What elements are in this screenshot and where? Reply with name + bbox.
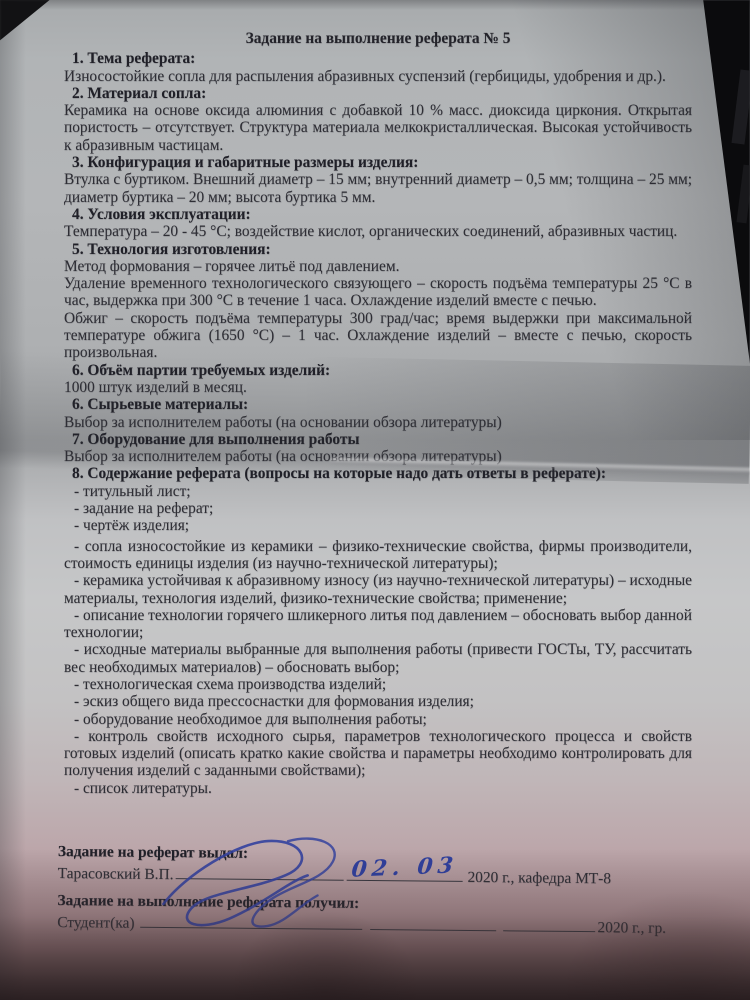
section-2: 2. Материал сопла: Керамика на основе ок… xyxy=(64,85,692,154)
student-date-line xyxy=(503,916,595,932)
top-edge-shadow-overlay xyxy=(0,0,750,10)
received-suffix: 2020 г., гр. xyxy=(597,919,666,937)
section-8: 8. Содержание реферата (вопросы на котор… xyxy=(64,465,692,797)
document-title: Задание на выполнение реферата № 5 xyxy=(64,30,692,47)
section-4: 4. Условия эксплуатации: Температура – 2… xyxy=(64,206,692,241)
section-heading: 4. Условия эксплуатации: xyxy=(64,206,692,223)
section-paragraph: Метод формования – горячее литьё под дав… xyxy=(64,258,692,275)
section-paragraph: Износостойкие сопла для распыления абраз… xyxy=(64,68,692,85)
signature-scribble xyxy=(149,832,360,934)
section-7: 7. Оборудование для выполнения работы Вы… xyxy=(64,431,692,466)
section-paragraph: Керамика на основе оксида алюминия с доб… xyxy=(64,102,692,154)
content-list-item: - технологическая схема производства изд… xyxy=(64,676,692,693)
content-list-item: - описание технологии горячего шликерног… xyxy=(64,607,692,642)
section-1: 1. Тема реферата: Износостойкие сопла дл… xyxy=(64,50,692,85)
handwritten-date: 02. 03 xyxy=(350,857,458,879)
section-paragraph: Втулка с буртиком. Внешний диаметр – 15 … xyxy=(64,171,692,206)
section-paragraph: 1000 штук изделий в месяц. xyxy=(64,379,692,396)
section-heading: 5. Технология изготовления: xyxy=(64,241,692,258)
date-line: 02. 03 xyxy=(346,866,462,882)
left-edge-shadow-overlay xyxy=(0,0,26,1000)
content-list-item: - керамика устойчивая к абразивному изно… xyxy=(64,572,692,607)
section-paragraph: Выбор за исполнителем работы (на основан… xyxy=(64,448,692,465)
content-list-item: - титульный лист; xyxy=(64,483,692,500)
student-label: Студент(ка) xyxy=(57,914,134,932)
content-list-item: - чертёж изделия; xyxy=(64,517,692,534)
photo-of-document: Задание на выполнение реферата № 5 1. Те… xyxy=(0,0,750,1000)
section-heading: 2. Материал сопла: xyxy=(64,85,692,102)
section-paragraph: Выбор за исполнителем работы (на основан… xyxy=(64,414,692,431)
section-heading: 3. Конфигурация и габаритные размеры изд… xyxy=(64,154,692,171)
section-paragraph: Температура – 20 - 45 °С; воздействие ки… xyxy=(64,223,692,240)
content-list-item: - исходные материалы выбранные для выпол… xyxy=(64,641,692,676)
content-list-item: - список литературы. xyxy=(64,780,692,797)
content-list-item: - контроль свойств исходного сырья, пара… xyxy=(64,728,692,780)
section-heading: 8. Содержание реферата (вопросы на котор… xyxy=(64,465,692,482)
content-list-item: - задание на реферат; xyxy=(64,500,692,517)
content-list-item: - сопла износостойкие из керамики – физи… xyxy=(64,538,692,573)
document-body: Задание на выполнение реферата № 5 1. Те… xyxy=(64,30,692,797)
issued-suffix: 2020 г., кафедра МТ-8 xyxy=(467,869,611,888)
section-paragraph: Удаление временного технологического свя… xyxy=(64,275,692,310)
paper-sheet: Задание на выполнение реферата № 5 1. Те… xyxy=(0,0,750,1000)
content-list-item: - оборудование необходимое для выполнени… xyxy=(64,711,692,728)
section-6: 6. Объём партии требуемых изделий: 1000 … xyxy=(64,362,692,397)
section-5: 5. Технология изготовления: Метод формов… xyxy=(64,241,692,362)
section-3: 3. Конфигурация и габаритные размеры изд… xyxy=(64,154,692,206)
section-paragraph: Обжиг – скорость подъёма температуры 300… xyxy=(64,310,692,362)
section-heading: 1. Тема реферата: xyxy=(64,50,692,67)
content-list-item: - эскиз общего вида прессоснастки для фо… xyxy=(64,693,692,710)
section-heading: 7. Оборудование для выполнения работы xyxy=(64,431,692,448)
section-heading: 6. Объём партии требуемых изделий: xyxy=(64,362,692,379)
student-signature-line xyxy=(370,915,496,931)
section-heading: 6. Сырьевые материалы: xyxy=(64,396,692,413)
section-6b: 6. Сырьевые материалы: Выбор за исполнит… xyxy=(64,396,692,431)
signature-block: Задание на реферат выдал: Тарасовский В.… xyxy=(57,843,706,937)
